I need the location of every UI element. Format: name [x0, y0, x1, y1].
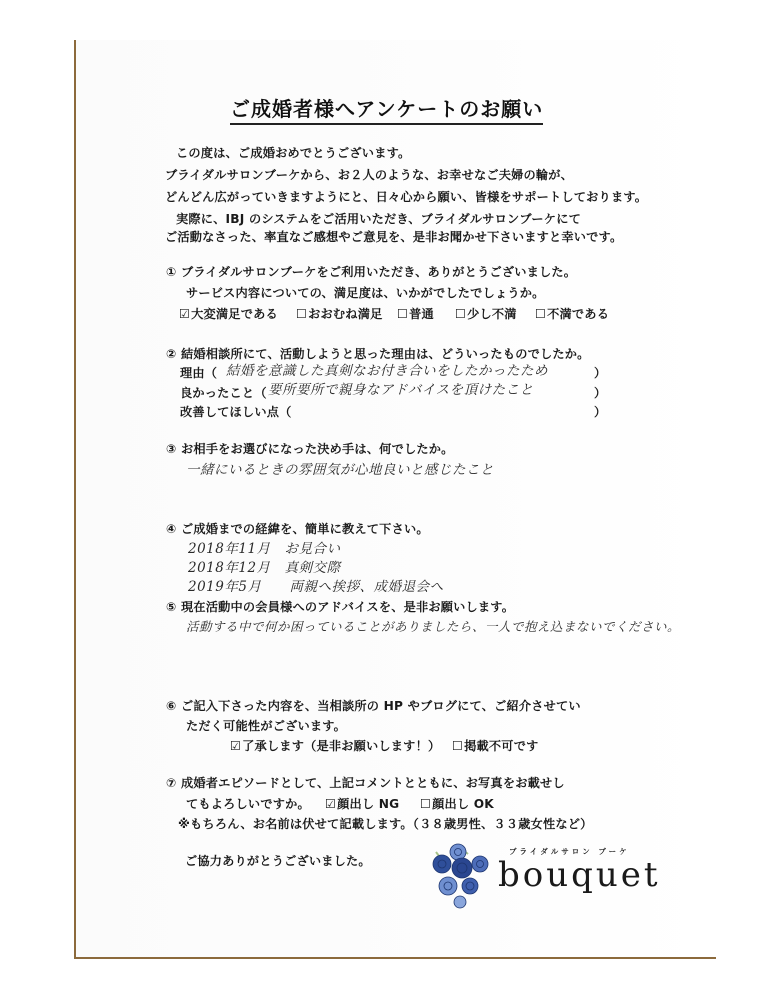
blue-roses-icon	[428, 842, 496, 912]
checkbox-checked-icon[interactable]: ☑	[230, 739, 241, 753]
intro-line-2: ブライダルサロンブーケから、お２人のような、お幸せなご夫婦の輪が、	[165, 166, 573, 183]
q2-reason-answer[interactable]: 結婚を意識した真剣なお付き合いをしたかったため	[226, 359, 548, 379]
brand-logo-text: bouquet	[498, 855, 661, 895]
q4-answer-2[interactable]: 2018年12月 真剣交際	[188, 556, 341, 576]
q2-improve-close: ）	[594, 403, 606, 420]
intro-line-5: ご活動なさった、率直なご感想やご意見を、是非お聞かせ下さいますと幸いです。	[165, 228, 622, 245]
q2-good-answer[interactable]: 要所要所で親身なアドバイスを頂けたこと	[268, 378, 534, 398]
q6-line2: ただく可能性がございます。	[186, 717, 346, 734]
q1-line1: ブライダルサロンブーケをご利用いただき、ありがとうございました。	[181, 265, 576, 279]
q1-option-4[interactable]: ☐不満である	[535, 305, 609, 322]
q7-option-1[interactable]: ☐顔出し OK	[420, 795, 494, 812]
q6-number: ⑥	[166, 699, 177, 713]
q6-question: ⑥ ご記入下さった内容を、当相談所の HP やブログにて、ご紹介させてい	[166, 697, 581, 714]
q7-note: ※もちろん、お名前は伏せて記載します。（３８歳男性、３３歳女性など）	[178, 815, 593, 832]
q2-good-close: ）	[594, 384, 606, 401]
checkbox-checked-icon[interactable]: ☑	[325, 797, 336, 811]
checkbox-icon[interactable]: ☐	[420, 797, 431, 811]
checkbox-icon[interactable]: ☐	[535, 307, 546, 321]
q5-question: ⑤ 現在活動中の会員様へのアドバイスを、是非お願いします。	[166, 598, 514, 615]
q7-question: ⑦ 成婚者エピソードとして、上記コメントとともに、お写真をお載せし	[166, 774, 565, 791]
checkbox-icon[interactable]: ☐	[455, 307, 466, 321]
q2-number: ②	[166, 347, 177, 361]
q3-question: ③ お相手をお選びになった決め手は、何でしたか。	[166, 440, 454, 457]
q1-option-3[interactable]: ☐少し不満	[455, 305, 517, 322]
intro-line-3: どんどん広がっていきますようにと、日々心から願い、皆様をサポートしております。	[165, 188, 647, 205]
q1-number: ①	[166, 265, 177, 279]
q4-answer-3[interactable]: 2019年5月 両親へ挨拶、成婚退会へ	[188, 575, 443, 595]
q6-option-0[interactable]: ☑了承します（是非お願いします！）	[230, 737, 440, 754]
q2-reason-label: 理由（	[180, 364, 217, 381]
checkbox-checked-icon[interactable]: ☑	[179, 307, 190, 321]
q2-improve-label: 改善してほしい点（	[180, 403, 292, 420]
q2-reason-close: ）	[594, 364, 606, 381]
checkbox-icon[interactable]: ☐	[296, 307, 307, 321]
q1-option-0[interactable]: ☑大変満足である	[179, 305, 278, 322]
q4-number: ④	[166, 522, 177, 536]
q3-answer[interactable]: 一緒にいるときの雰囲気が心地良いと感じたこと	[186, 458, 494, 478]
checkbox-icon[interactable]: ☐	[397, 307, 408, 321]
q1-question: ① ブライダルサロンブーケをご利用いただき、ありがとうございました。	[166, 263, 576, 280]
checkbox-icon[interactable]: ☐	[452, 739, 463, 753]
intro-line-1: この度は、ご成婚おめでとうございます。	[176, 144, 410, 161]
q6-option-1[interactable]: ☐掲載不可です	[452, 737, 538, 754]
q2-good-label: 良かったこと（	[180, 384, 267, 401]
q4-question: ④ ご成婚までの経緯を、簡単に教えて下さい。	[166, 520, 429, 537]
q7-number: ⑦	[166, 776, 177, 790]
q1-line2: サービス内容についての、満足度は、いかがでしたでしょうか。	[186, 284, 545, 301]
q3-number: ③	[166, 442, 177, 456]
page-title: ご成婚者様へアンケートのお願い	[230, 93, 543, 125]
q7-option-0[interactable]: ☑顔出し NG	[325, 795, 399, 812]
q4-answer-1[interactable]: 2018年11月 お見合い	[188, 537, 341, 557]
q1-option-2[interactable]: ☐普通	[397, 305, 434, 322]
closing-message: ご協力ありがとうございました。	[185, 852, 371, 869]
q5-number: ⑤	[166, 600, 177, 614]
q7-line2: てもよろしいですか。	[186, 795, 310, 812]
q5-answer[interactable]: 活動する中で何か困っていることがありましたら、一人で抱え込まないでください。	[186, 617, 680, 635]
intro-line-4: 実際に、IBJ のシステムをご活用いただき、ブライダルサロンブーケにて	[176, 210, 581, 227]
q1-option-1[interactable]: ☐おおむね満足	[296, 305, 382, 322]
